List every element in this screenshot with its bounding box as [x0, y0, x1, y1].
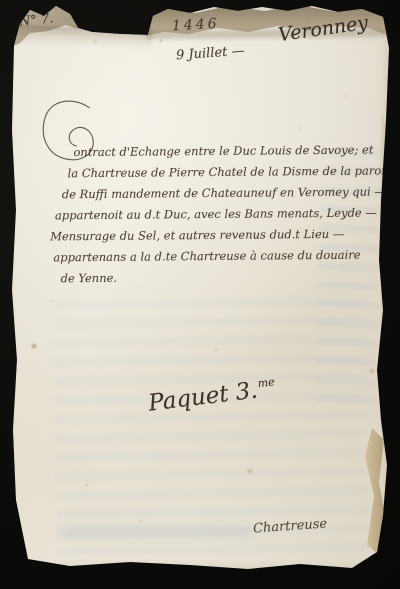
paragraph-line: Mensurage du Sel, et autres revenus dud.…: [50, 224, 374, 248]
photo-background: N° 7. 1446 Veronney 9 Juillet — ontract …: [0, 0, 400, 589]
date-annotation: 9 Juillet —: [176, 44, 245, 64]
paragraph-line: de Ruffi mandement de Chateauneuf en Ver…: [62, 182, 374, 206]
curled-page-edge-right: [378, 110, 392, 440]
foxing-spots: [0, 0, 2, 2]
curled-page-edge-bottom-right: [362, 424, 392, 560]
paragraph-line: de Yenne.: [60, 266, 374, 290]
packet-label: Paquet 3.me: [147, 375, 277, 416]
year-annotation: 1446: [172, 16, 220, 34]
ink-bleed-through: [60, 525, 250, 538]
packet-superscript: me: [257, 375, 275, 390]
paragraph-line: ontract d'Echange entre le Duc Louis de …: [73, 140, 373, 164]
packet-label-text: Paquet 3.: [147, 377, 259, 416]
paragraph-line: appartenans a la d.te Chartreuse à cause…: [53, 245, 374, 269]
archive-label: Chartreuse: [253, 516, 328, 536]
manuscript-page: N° 7. 1446 Veronney 9 Juillet — ontract …: [0, 0, 400, 589]
contract-summary-paragraph: ontract d'Echange entre le Duc Louis de …: [43, 140, 374, 290]
paragraph-line: appartenoit au d.t Duc, avec les Bans me…: [55, 203, 374, 227]
paragraph-line: la Chartreuse de Pierre Chatel de la Dis…: [68, 161, 374, 185]
